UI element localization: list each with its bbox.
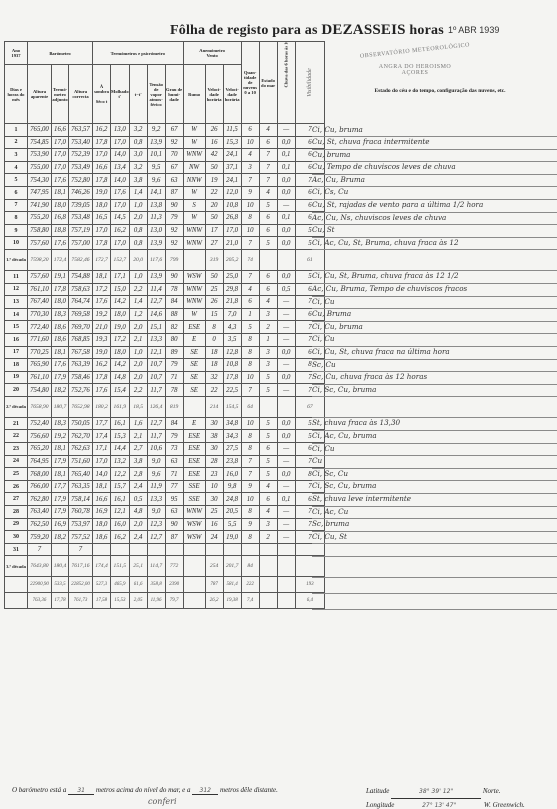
chuva-cell: 0,0 [277,430,295,443]
vel2-cell: 20,5 [223,506,241,519]
chuva-cell: — [277,296,295,309]
molh-cell: 16,0 [111,518,130,531]
diff-cell: 0,8 [129,237,147,250]
alt-ap-cell: 763,36 [28,593,52,609]
seco-cell: 17,4 [93,430,111,443]
nuv-cell: 7 [241,270,259,283]
table-row: 27762,8017,9758,1416,616,10,513,395SSE30… [5,493,325,506]
alt-cor-cell: 22852,00 [69,577,93,593]
term-cell: 18,2 [52,531,69,544]
nuv-cell: 8 [241,346,259,359]
vel-cell: 32 [205,371,223,384]
seco-cell: 17,6 [93,384,111,397]
hum-cell: 77 [165,480,183,493]
seco-cell: 18,6 [93,531,111,544]
term-cell: 16,8 [52,212,69,225]
molh-cell: 152,7 [111,249,130,270]
diff-cell: 2,0 [129,371,147,384]
day-cell: 10 [5,237,28,250]
nuv-cell: 64 [241,396,259,417]
vel2-cell: 201,7 [223,556,241,577]
nuv-cell: 9 [241,518,259,531]
diff-cell: 1,0 [129,270,147,283]
vel-cell: 319 [205,249,223,270]
rumo-cell: S [183,199,205,212]
table-row: 3177 [5,543,325,556]
tens-cell: 11,4 [147,283,165,296]
vel-cell: 22 [205,384,223,397]
chuva-cell: — [277,359,295,372]
rumo-cell: WNW [183,224,205,237]
term-cell: 533,5 [52,577,69,593]
tens-cell: 11,96 [147,593,165,609]
chuva-cell: 0,0 [277,371,295,384]
molh-cell: 15,4 [111,384,130,397]
alt-ap-cell: 754,30 [28,174,52,187]
vel2-cell: 7,0 [223,308,241,321]
diff-cell: 1,0 [129,199,147,212]
rumo-cell: W [183,212,205,225]
seco-cell: 17,0 [93,224,111,237]
day-cell: 11 [5,270,28,283]
coordinates: Latitude 38° 39' 12" Norte. Longitude 27… [366,785,525,809]
vel2-cell: 21,8 [223,296,241,309]
vel2-cell: 16,0 [223,468,241,481]
sky-description: Ci, Cs, Cu [312,187,348,196]
barometer-height: 31 [68,787,94,795]
molh-cell: 17,2 [111,333,130,346]
sky-description: Cu, St [312,225,335,234]
rumo-cell: WSW [183,518,205,531]
mar-cell: 6 [259,136,277,149]
vel-cell: 50 [205,161,223,174]
term-cell: 17,8 [52,283,69,296]
mar-cell: 4 [259,506,277,519]
alt-cor-cell: 7617,16 [69,556,93,577]
chuva-cell: 0,0 [277,270,295,283]
sky-description: Ci, Sc, Cu, bruma [312,385,376,394]
table-row: 5754,3017,6752,8017,814,03,89,663NNW1924… [5,174,325,187]
chuva-cell: 0,1 [277,161,295,174]
nuv-cell: 1 [241,308,259,321]
molh-cell: 17,0 [111,199,130,212]
ruled-line [312,396,557,397]
mar-cell: 1 [259,333,277,346]
diff-cell: 3,8 [129,455,147,468]
rumo-cell: W [183,308,205,321]
nuv-cell: 10 [241,371,259,384]
nuv-cell: 10 [241,199,259,212]
tens-cell: 12,7 [147,296,165,309]
diff-cell: 2,0 [129,359,147,372]
alt-cor-cell: 753,97 [69,518,93,531]
day-cell: 12 [5,283,28,296]
diff-cell: 25,1 [129,556,147,577]
vis-cell [295,543,325,556]
molh-cell: 14,2 [111,296,130,309]
alt-cor-cell: 767,58 [69,346,93,359]
term-cell: 18,6 [52,333,69,346]
seco-cell: 16,2 [93,124,111,137]
handwritten-note: conferi [148,797,177,806]
sky-description: Ci, Cu [312,334,335,343]
rumo-cell [183,556,205,577]
diff-cell: 20,0 [129,249,147,270]
barometer-distance: 312 [192,787,218,795]
velocidade-header: Veloci-dade horária [205,65,223,124]
alt-ap-cell: 755,00 [28,161,52,174]
alt-cor-cell: 763,57 [69,124,93,137]
alt-ap-cell: 767,40 [28,296,52,309]
alt-cor-cell: 746,26 [69,186,93,199]
hum-cell: 71 [165,468,183,481]
mar-cell: 5 [259,417,277,430]
chuva-cell: 0,0 [277,468,295,481]
observatory-stamp: OBSERVATÓRIO METEOROLÓGICO ANGRA DO HERO… [350,48,480,76]
rumo-cell: WSW [183,270,205,283]
vel2-cell: 11,5 [223,124,241,137]
mar-cell: 5 [259,199,277,212]
mar-cell: 5 [259,384,277,397]
alt-cor-cell: 763,35 [69,480,93,493]
seco-cell: 16,5 [93,212,111,225]
day-cell: 3 [5,149,28,162]
vel2-cell: 29,8 [223,283,241,296]
hum-cell: 90 [165,518,183,531]
day-cell: 4 [5,161,28,174]
ruled-line [312,506,557,507]
rumo-cell [183,249,205,270]
nuv-cell: 7 [241,237,259,250]
ruled-line [312,359,557,360]
total-row: 763,3617,78761,7317,5815,532,0511,9679,7… [5,593,325,609]
tens-cell: 13,3 [147,493,165,506]
term-cell: 17,6 [52,359,69,372]
molh-cell: 14,5 [111,212,130,225]
vel-cell: 42 [205,149,223,162]
rumo-cell: WNW [183,296,205,309]
seco-cell: 174,4 [93,556,111,577]
vel2-cell: 5,5 [223,518,241,531]
hum-cell: 67 [165,124,183,137]
vel2-cell: 205,2 [223,249,241,270]
received-date-stamp: 1º ABR 1939 [448,25,499,35]
sky-description: Sc, Cu, chuva fraca às 12 horas [312,372,427,381]
seco-cell: 17,8 [93,136,111,149]
rumo-cell: ESE [183,430,205,443]
sky-description: Ci, Cu [312,297,335,306]
vel2-cell: 17,0 [223,224,241,237]
molh-cell: 17,1 [111,270,130,283]
vel-cell: 19 [205,174,223,187]
vel2-cell: 12,0 [223,186,241,199]
vel2-cell: 21,0 [223,237,241,250]
vel-cell: 8 [205,321,223,334]
vel-cell: 25 [205,506,223,519]
rumo-cell: SE [183,384,205,397]
vel-cell: 50 [205,212,223,225]
table-row: 7741,9018,0739,0518,017,01,013,890S2010,… [5,199,325,212]
diff-cell: 3,8 [129,174,147,187]
mar-cell: 6 [259,283,277,296]
alt-cor-cell: 769,70 [69,321,93,334]
nuv-cell: 10 [241,136,259,149]
register-body: 1765,0016,6763,5716,213,03,29,267W2611,5… [5,124,325,609]
nuv-cell: 8 [241,443,259,456]
day-cell: 19 [5,371,28,384]
vel-cell: 50 [205,270,223,283]
chuva-cell: 0,0 [277,136,295,149]
nuv-cell: 5 [241,321,259,334]
table-row: 29762,5016,9753,9718,016,02,012,390WSW16… [5,518,325,531]
tens-cell: 10,7 [147,359,165,372]
alt-cor-cell: 752,39 [69,149,93,162]
day-cell: 16 [5,333,28,346]
vel-cell: 787 [205,577,223,593]
vel2-cell: 22,5 [223,384,241,397]
term-cell: 17,7 [52,480,69,493]
decade-label: 2.ª década [5,396,28,417]
term-cell: 172,4 [52,249,69,270]
alt-cor-cell: 754,88 [69,270,93,283]
chuva-cell: — [277,384,295,397]
nuv-cell: 9 [241,186,259,199]
diff-cell: 18,5 [129,396,147,417]
molh-cell: 16,2 [111,531,130,544]
chuva-cell [277,543,295,556]
chuva-cell: 0,5 [277,283,295,296]
rumo-cell: ESE [183,455,205,468]
alt-ap-cell: 770,30 [28,308,52,321]
alt-ap-cell: 772,40 [28,321,52,334]
year-header: Ano1937 [5,42,28,65]
chuva-cell: 0,0 [277,417,295,430]
sky-description: Cu, St, rajadas de vento para a última 1… [312,200,483,209]
rumo-cell: WNW [183,506,205,519]
tens-cell: 12,7 [147,417,165,430]
mar-cell [259,249,277,270]
vel2-cell: 10,8 [223,359,241,372]
vel-cell: 27 [205,237,223,250]
table-row: 25768,0018,1765,4014,012,22,89,671ESE231… [5,468,325,481]
tens-cell: 114,7 [147,556,165,577]
hum-cell: 87 [165,186,183,199]
term-cell: 18,1 [52,468,69,481]
table-row: 26766,0017,7763,3518,115,72,411,977SSE10… [5,480,325,493]
hum-cell: 79,7 [165,593,183,609]
diff-cell: 2,1 [129,333,147,346]
alt-cor-cell: 758,46 [69,371,93,384]
diff-cell: 3,2 [129,124,147,137]
thermometers-header: Termómetros e psicrómetro [93,42,184,65]
mar-cell: 3 [259,359,277,372]
alt-ap-cell: 759,20 [28,531,52,544]
term-cell: 18,6 [52,321,69,334]
vel-cell [205,543,223,556]
term-cell: 18,3 [52,308,69,321]
tens-cell: 10,7 [147,371,165,384]
diff-cell: 2,05 [129,593,147,609]
table-row: 20754,8018,2752,7617,615,42,211,778SE222… [5,384,325,397]
diff-cell: 1,2 [129,308,147,321]
vel2-cell: 24,8 [223,493,241,506]
vel-cell: 23 [205,468,223,481]
vel2-cell: 24,1 [223,149,241,162]
term-cell: 18,2 [52,384,69,397]
vel-cell: 30 [205,493,223,506]
vel-cell: 30 [205,443,223,456]
diff-cell: 2,8 [129,468,147,481]
mar-cell: 7 [259,161,277,174]
day-cell: 1 [5,124,28,137]
hum-cell: 92 [165,224,183,237]
decade-label: 3.ª década [5,556,28,577]
table-row: 14770,3018,3769,5819,218,01,214,688W157,… [5,308,325,321]
alt-ap-cell: 7658,90 [28,396,52,417]
alt-cor-cell: 765,40 [69,468,93,481]
molh-cell: 12,2 [111,468,130,481]
rumo-cell: SE [183,346,205,359]
tens-cell: 12,1 [147,346,165,359]
rumo-cell [183,577,205,593]
tens-cell: 126,4 [147,396,165,417]
term-cell: 16,9 [52,518,69,531]
hum-cell: 79 [165,212,183,225]
ruled-line [312,577,557,578]
vel-cell: 0 [205,333,223,346]
ruled-line [312,609,557,610]
alt-cor-cell: 758,14 [69,493,93,506]
diff-cell: 2,0 [129,518,147,531]
mar-cell: 4 [259,296,277,309]
rain-header: Chuva das 6 horas às 16 horas [277,42,295,124]
seco-cell: 19,0 [93,346,111,359]
chuva-cell: — [277,443,295,456]
term-cell: 17,9 [52,455,69,468]
tens-cell: 12,7 [147,531,165,544]
vel2-cell: 34,3 [223,430,241,443]
vel-cell: 24 [205,531,223,544]
tens-cell: 14,6 [147,308,165,321]
alt-ap-cell: 747,95 [28,186,52,199]
title-hour: DEZASSEIS [321,22,405,38]
rumo-cell: SE [183,371,205,384]
tens-cell: 13,8 [147,199,165,212]
mar-cell: 2 [259,531,277,544]
diff-cell: 61,6 [129,577,147,593]
anemometer-header: AnemómetroVento [183,42,241,65]
alt-cor-cell: 739,05 [69,199,93,212]
table-row: 17770,2518,1767,5819,018,01,012,189SE181… [5,346,325,359]
alt-ap-cell: 754,85 [28,136,52,149]
seco-cell: 21,0 [93,321,111,334]
nuv-cell: 222 [241,577,259,593]
table-row: 9758,8018,8757,1917,016,20,813,092WNW171… [5,224,325,237]
rumo-header: Rumo [183,65,205,124]
vel-cell: 28 [205,455,223,468]
chuva-cell: 0,0 [277,237,295,250]
vel2-cell: 12,8 [223,346,241,359]
alt-cor-cell: 758,63 [69,283,93,296]
chuva-cell: — [277,308,295,321]
alt-ap-cell: 771,60 [28,333,52,346]
seco-cell: 17,1 [93,443,111,456]
rumo-cell: W [183,186,205,199]
nuv-cell: 3 [241,161,259,174]
humidade-header: Grau de humi-dade [165,65,183,124]
ruled-line [312,443,557,444]
vel2-cell: 9,8 [223,480,241,493]
term-cell: 19,1 [52,270,69,283]
molh-cell: 16,1 [111,417,130,430]
sky-description: Cu [312,456,322,465]
page-title: Fôlha de registo para as DEZASSEIS horas [170,22,444,39]
mar-cell: 5 [259,371,277,384]
day-cell: 26 [5,480,28,493]
table-row: 12761,1017,8758,6317,215,02,211,478WNW25… [5,283,325,296]
rumo-cell: W [183,124,205,137]
vel-cell: 15 [205,308,223,321]
hum-cell: 87 [165,531,183,544]
chuva-cell: 0,1 [277,149,295,162]
ruled-line [312,249,557,250]
day-cell: 6 [5,186,28,199]
chuva-cell [277,556,295,577]
sea-state-header: Estado do mar [259,42,277,124]
seco-cell: 14,0 [93,468,111,481]
mar-cell: 4 [259,480,277,493]
day-cell: 22 [5,430,28,443]
ruled-line [312,556,557,557]
vel-cell: 30 [205,417,223,430]
title-suffix: horas [409,23,443,38]
alt-ap-cell: 763,40 [28,506,52,519]
table-row: 1765,0016,6763,5716,213,03,29,267W2611,5… [5,124,325,137]
molh-cell: 12,1 [111,506,130,519]
alt-ap-cell: 753,90 [28,149,52,162]
rumo-cell: WSW [183,531,205,544]
tens-cell: 9,6 [147,174,165,187]
chuva-cell: — [277,333,295,346]
term-cell: 18,1 [52,186,69,199]
chuva-cell: 0,0 [277,224,295,237]
chuva-cell: 0,0 [277,346,295,359]
stamp-line-3: AÇORES [350,70,480,76]
vel2-cell: 24,1 [223,174,241,187]
vel-cell: 26,2 [205,593,223,609]
alt-cor-cell: 764,74 [69,296,93,309]
mar-cell: 5 [259,455,277,468]
hum-cell: 84 [165,417,183,430]
molh-cell: 17,0 [111,136,130,149]
vel-cell: 214 [205,396,223,417]
seco-cell: 18,1 [93,270,111,283]
vel-cell: 20 [205,199,223,212]
molh-cell: 14,2 [111,359,130,372]
seco-cell: 18,1 [93,480,111,493]
mar-cell: 5 [259,430,277,443]
chuva-cell: — [277,480,295,493]
alt-cor-cell: 751,60 [69,455,93,468]
diff-cell [129,543,147,556]
hum-cell [165,543,183,556]
alt-ap-cell: 7643,80 [28,556,52,577]
table-row: 30759,2018,2757,5218,616,22,412,787WSW24… [5,531,325,544]
chuva-cell: 0,0 [277,186,295,199]
sky-description: Ci, Sc, Cu [312,469,348,478]
day-cell: 20 [5,384,28,397]
molh-cell: 15,53 [111,593,130,609]
